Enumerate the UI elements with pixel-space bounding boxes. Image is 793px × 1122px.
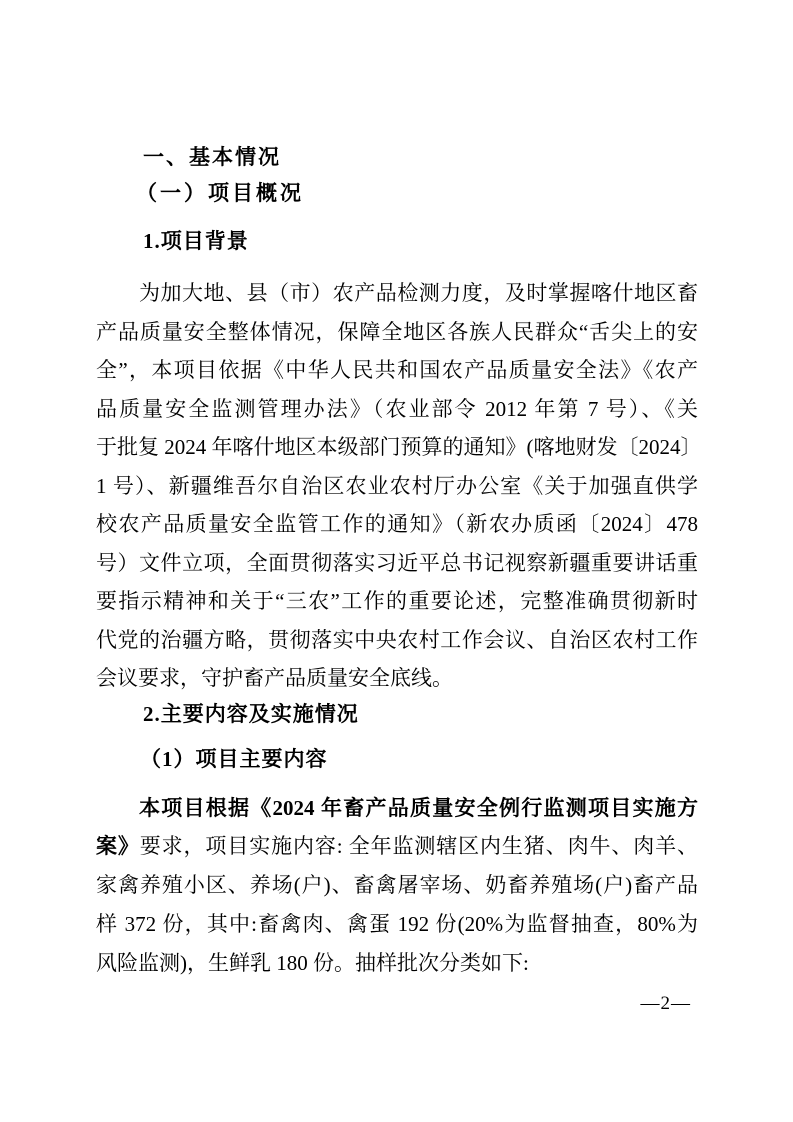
paragraph-line: 品质量安全监测管理办法》（农业部令 2012 年第 7 号）、《关 (96, 390, 698, 429)
paragraph-background: 为加大地、县（市）农产品检测力度，及时掌握喀什地区畜 产品质量安全整体情况，保障… (96, 274, 698, 698)
document-content: 一、基本情况 （一）项目概况 1.项目背景 为加大地、县（市）农产品检测力度，及… (96, 0, 698, 982)
heading-main-content-section: 2.主要内容及实施情况 (96, 701, 698, 727)
paragraph-line: 全”，本项目依据《中华人民共和国农产品质量安全法》《农产 (96, 351, 698, 390)
paragraph-line: 产品质量安全整体情况，保障全地区各族人民群众“舌尖上的安 (96, 313, 698, 352)
paragraph-implementation: 本项目根据《2024 年畜产品质量安全例行监测项目实施方 案》要求，项目实施内容… (96, 789, 698, 983)
heading-project-background: 1.项目背景 (96, 228, 698, 254)
body-text: 要求，项目实施内容: 全年监测辖区内生猪、肉牛、肉羊、 (140, 834, 698, 858)
paragraph-line: 要指示精神和关于“三农”工作的重要论述，完整准确贯彻新时 (96, 582, 698, 621)
paragraph-line: 家禽养殖小区、养场(户)、畜禽屠宰场、奶畜养殖场(户)畜产品 (96, 866, 698, 905)
bold-title-text: 案》 (96, 834, 140, 858)
paragraph-line: 案》要求，项目实施内容: 全年监测辖区内生猪、肉牛、肉羊、 (96, 827, 698, 866)
heading-project-main-content: （1）项目主要内容 (96, 746, 698, 772)
paragraph-line: 样 372 份，其中:畜禽肉、禽蛋 192 份(20%为监督抽查，80%为 (96, 905, 698, 944)
paragraph-line: 于批复 2024 年喀什地区本级部门预算的通知》(喀地财发〔2024〕 (96, 428, 698, 467)
paragraph-line: 风险监测)，生鲜乳 180 份。抽样批次分类如下: (96, 944, 698, 983)
paragraph-line: 校农产品质量安全监管工作的通知》（新农办质函〔2024〕478 (96, 505, 698, 544)
page-number: —2— (641, 993, 692, 1015)
heading-section: 一、基本情况 (96, 145, 698, 171)
paragraph-line: 为加大地、县（市）农产品检测力度，及时掌握喀什地区畜 (96, 274, 698, 313)
paragraph-line: 1 号）、新疆维吾尔自治区农业农村厅办公室《关于加强直供学 (96, 467, 698, 506)
document-page: 一、基本情况 （一）项目概况 1.项目背景 为加大地、县（市）农产品检测力度，及… (0, 0, 793, 1122)
paragraph-line: 本项目根据《2024 年畜产品质量安全例行监测项目实施方 (96, 789, 698, 828)
heading-subsection: （一）项目概况 (96, 180, 698, 206)
paragraph-line: 代党的治疆方略，贯彻落实中央农村工作会议、自治区农村工作 (96, 621, 698, 660)
paragraph-line: 号）文件立项，全面贯彻落实习近平总书记视察新疆重要讲话重 (96, 544, 698, 583)
paragraph-line: 会议要求，守护畜产品质量安全底线。 (96, 659, 698, 698)
bold-title-text: 本项目根据《2024 年畜产品质量安全例行监测项目实施方 (139, 796, 698, 820)
